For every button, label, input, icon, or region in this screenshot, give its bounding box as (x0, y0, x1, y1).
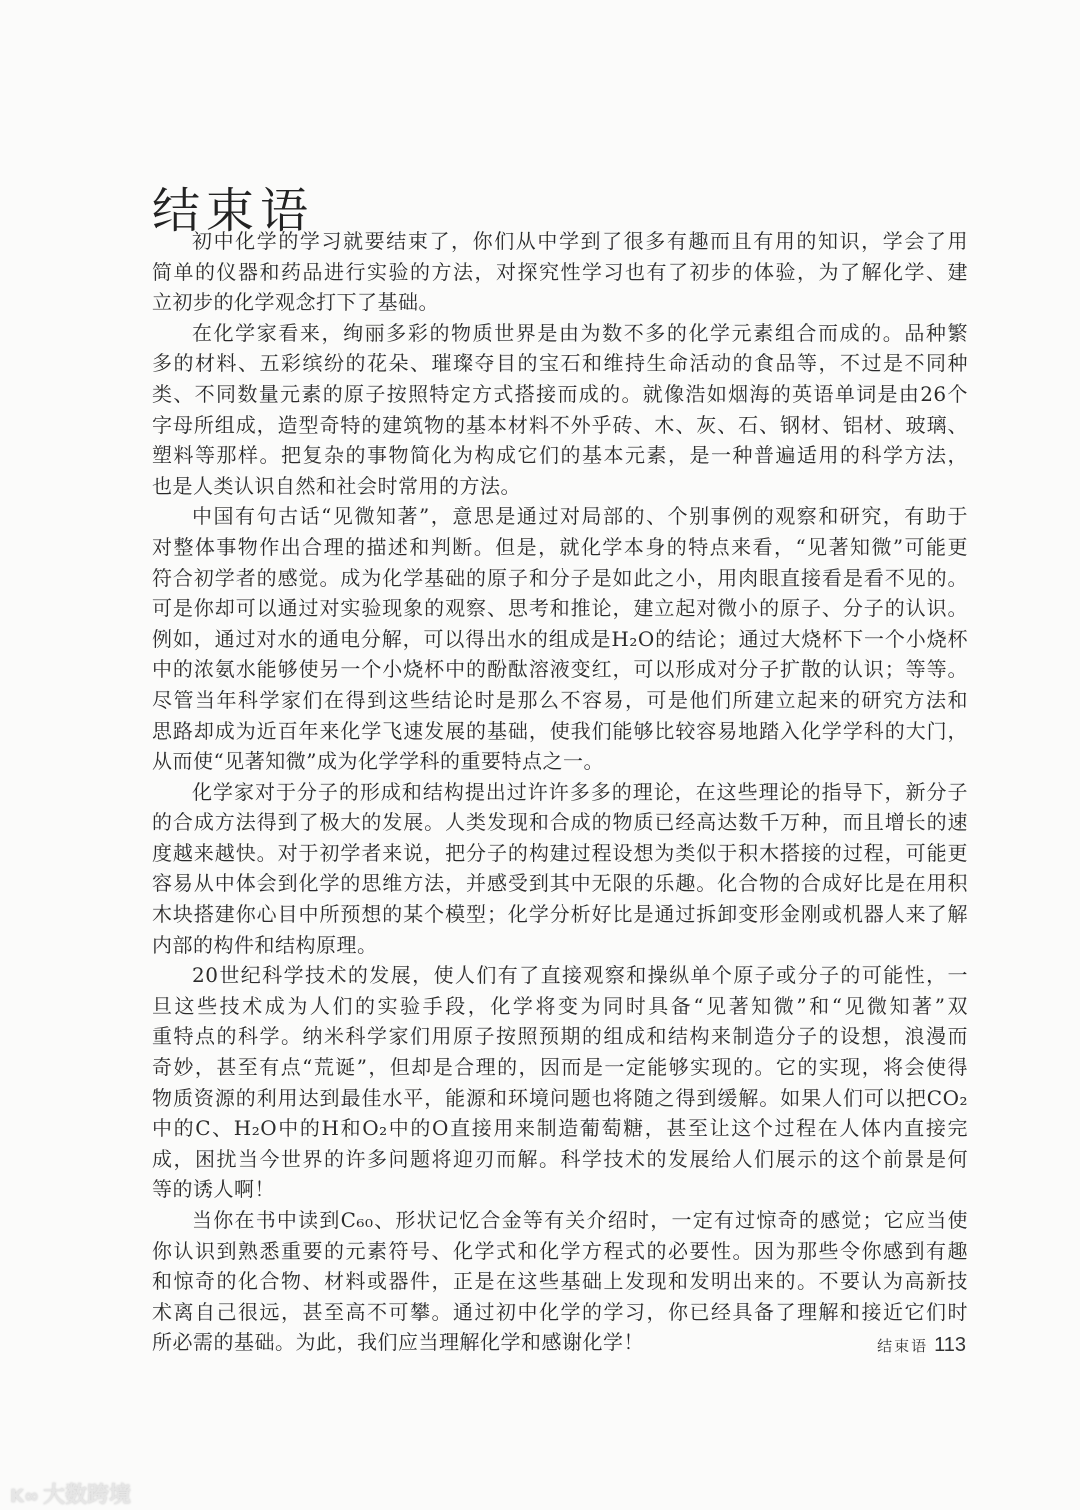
page-footer: 结束语113 (877, 1334, 966, 1357)
text-line: 字母所组成，造型奇特的建筑物的基本材料不外乎砖、木、灰、石、钢材、铝材、玻璃、 (152, 410, 968, 441)
text-line: 当你在书中读到C₆₀、形状记忆合金等有关介绍时，一定有过惊奇的感觉；它应当使 (152, 1205, 968, 1236)
text-line: 初中化学的学习就要结束了，你们从中学到了很多有趣而且有用的知识，学会了用 (152, 226, 968, 257)
text-line: 立初步的化学观念打下了基础。 (152, 287, 968, 318)
text-line: 也是人类认识自然和社会时常用的方法。 (152, 471, 968, 502)
text-line: 旦这些技术成为人们的实验手段，化学将变为同时具备“见著知微”和“见微知著”双 (152, 991, 968, 1022)
text-line: 20世纪科学技术的发展，使人们有了直接观察和操纵单个原子或分子的可能性，一 (152, 960, 968, 991)
text-line: 对整体事物作出合理的描述和判断。但是，就化学本身的特点来看，“见著知微”可能更 (152, 532, 968, 563)
text-line: 的合成方法得到了极大的发展。人类发现和合成的物质已经高达数千万种，而且增长的速 (152, 807, 968, 838)
text-line: 重特点的科学。纳米科学家们用原子按照预期的组成和结构来制造分子的设想，浪漫而 (152, 1021, 968, 1052)
watermark-text: 大数跨境 (43, 1483, 131, 1508)
text-line: 奇妙，甚至有点“荒诞”，但却是合理的，因而是一定能够实现的。它的实现，将会使得 (152, 1052, 968, 1083)
text-line: 从而使“见著知微”成为化学学科的重要特点之一。 (152, 746, 968, 777)
text-line: 中的浓氨水能够使另一个小烧杯中的酚酞溶液变红，可以形成对分子扩散的认识；等等。 (152, 654, 968, 685)
text-line: 可是你却可以通过对实验现象的观察、思考和推论，建立起对微小的原子、分子的认识。 (152, 593, 968, 624)
text-line: 例如，通过对水的通电分解，可以得出水的组成是H₂O的结论；通过大烧杯下一个小烧杯 (152, 624, 968, 655)
text-line: 中的C、H₂O中的H和O₂中的O直接用来制造葡萄糖，甚至让这个过程在人体内直接完 (152, 1113, 968, 1144)
text-line: 化学家对于分子的形成和结构提出过许许多多的理论，在这些理论的指导下，新分子 (152, 777, 968, 808)
text-line: 和惊奇的化合物、材料或器件，正是在这些基础上发现和发明出来的。不要认为高新技 (152, 1266, 968, 1297)
text-line: 术离自己很远，甚至高不可攀。通过初中化学的学习，你已经具备了理解和接近它们时 (152, 1297, 968, 1328)
text-line: 度越来越快。对于初学者来说，把分子的构建过程设想为类似于积木搭接的过程，可能更 (152, 838, 968, 869)
text-line: 木块搭建你心目中所预想的某个模型；化学分析好比是通过拆卸变形金刚或机器人来了解 (152, 899, 968, 930)
text-line: 尽管当年科学家们在得到这些结论时是那么不容易，可是他们所建立起来的研究方法和 (152, 685, 968, 716)
text-line: 中国有句古话“见微知著”，意思是通过对局部的、个别事例的观察和研究，有助于 (152, 501, 968, 532)
text-line: 符合初学者的感觉。成为化学基础的原子和分子是如此之小，用肉眼直接看是看不见的。 (152, 563, 968, 594)
text-line: 等的诱人啊！ (152, 1174, 968, 1205)
text-line: 所必需的基础。为此，我们应当理解化学和感谢化学！ (152, 1327, 968, 1358)
text-line: 塑料等那样。把复杂的事物简化为构成它们的基本元素，是一种普遍适用的科学方法， (152, 440, 968, 471)
page-number: 113 (934, 1334, 966, 1356)
text-line: 容易从中体会到化学的思维方法，并感受到其中无限的乐趣。化合物的合成好比是在用积 (152, 868, 968, 899)
text-line: 思路却成为近百年来化学飞速发展的基础，使我们能够比较容易地踏入化学学科的大门， (152, 716, 968, 747)
text-line: 成，困扰当今世界的许多问题将迎刃而解。科学技术的发展给人们展示的这个前景是何 (152, 1144, 968, 1175)
text-line: 物质资源的利用达到最佳水平，能源和环境问题也将随之得到缓解。如果人们可以把CO₂ (152, 1083, 968, 1114)
text-line: 在化学家看来，绚丽多彩的物质世界是由为数不多的化学元素组合而成的。品种繁 (152, 318, 968, 349)
watermark: K∞大数跨境 (10, 1478, 131, 1509)
text-line: 你认识到熟悉重要的元素符号、化学式和化学方程式的必要性。因为那些令你感到有趣 (152, 1236, 968, 1267)
text-line: 类、不同数量元素的原子按照特定方式搭接而成的。就像浩如烟海的英语单词是由26个 (152, 379, 968, 410)
body-text: 初中化学的学习就要结束了，你们从中学到了很多有趣而且有用的知识，学会了用简单的仪… (152, 226, 968, 1358)
text-line: 简单的仪器和药品进行实验的方法，对探究性学习也有了初步的体验，为了解化学、建 (152, 257, 968, 288)
footer-section-label: 结束语 (877, 1337, 928, 1355)
text-line: 内部的构件和结构原理。 (152, 930, 968, 961)
text-line: 多的材料、五彩缤纷的花朵、璀璨夺目的宝石和维持生命活动的食品等，不过是不同种 (152, 348, 968, 379)
watermark-logo-icon: K∞ (10, 1486, 39, 1507)
